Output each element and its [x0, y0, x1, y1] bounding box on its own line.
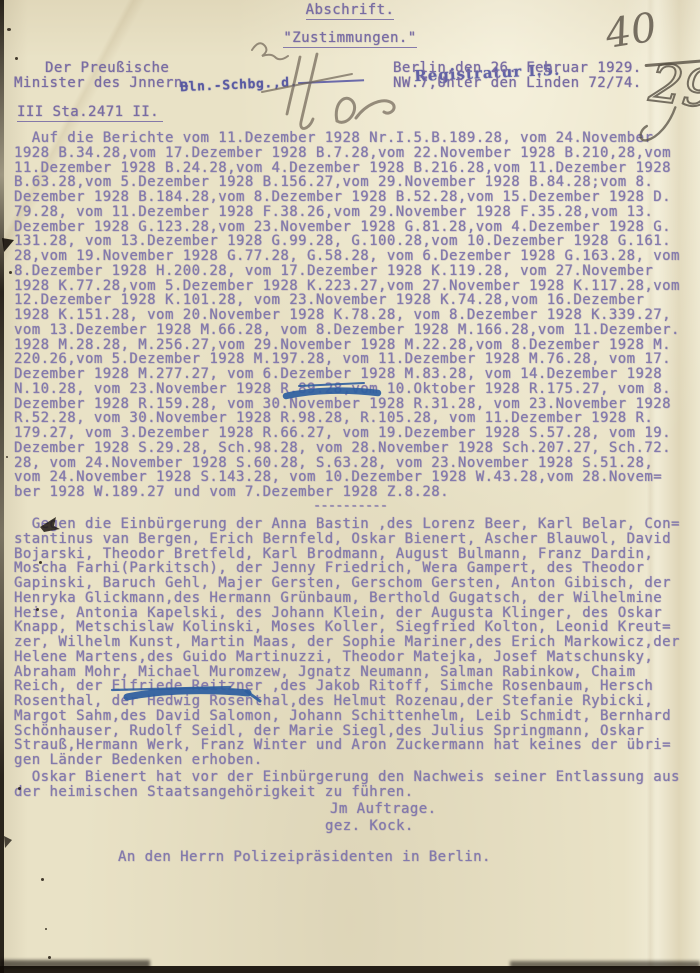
sender-line2: Minister des Jnnern. [14, 75, 192, 91]
document-subtitle: "Zustimmungen." [283, 31, 416, 48]
document-title: Abschrift. [306, 3, 395, 20]
naturalization-paragraph: Gegen die Einbürgerung der Anna Bastin ,… [14, 517, 696, 768]
reports-paragraph: Auf die Berichte vom 11.Dezember 1928 Nr… [14, 131, 696, 500]
signature-name: gez. Kock. [325, 819, 414, 834]
recipient-line: An den Herrn Polizeipräsidenten in Berli… [118, 850, 491, 865]
paper-speck [48, 956, 51, 959]
file-number: III Sta.2471 II. [17, 105, 163, 122]
paper-speck [36, 608, 39, 611]
bienert-note-paragraph: Oskar Bienert hat vor der Einbürgerung d… [14, 770, 696, 800]
photo-edge-bottom [0, 966, 700, 973]
paper-speck [15, 57, 18, 60]
place-date-block: Berlin,den 26. Februar 1929. NW.7,Unter … [393, 61, 642, 91]
document-page: Abschrift. "Zustimmungen." Der Preußisch… [0, 0, 700, 973]
registry-stamp-rule [298, 79, 364, 84]
paper-speck [6, 456, 8, 458]
file-number-row: III Sta.2471 II. [17, 105, 163, 122]
paper-speck [39, 561, 42, 564]
edge-speck-triangle [4, 836, 12, 848]
paper-speck [18, 787, 21, 790]
paper-speck [9, 271, 12, 274]
registry-stamp-place: Bln.-Schbg.,d. [180, 75, 299, 95]
paragraph-separator: ---------- [0, 499, 700, 514]
address-line: NW.7,Unter den Linden 72/74. [393, 75, 642, 91]
document-title-row: Abschrift. [0, 3, 700, 20]
pencil-strike-line [646, 54, 700, 73]
photo-edge-left [0, 0, 4, 973]
paper-speck [41, 878, 44, 881]
paper-speck [7, 28, 11, 31]
sender-line1: Der Preußische [14, 60, 169, 76]
svg-text:29: 29 [645, 53, 700, 121]
signature-intro: Jm Auftrage. [330, 802, 437, 817]
sender-block: Der Preußische Minister des Jnnern. [14, 61, 192, 91]
document-subtitle-row: "Zustimmungen." [0, 31, 700, 48]
paper-speck [45, 928, 47, 930]
place-date-line: Berlin,den 26. Februar 1929. [393, 60, 642, 76]
